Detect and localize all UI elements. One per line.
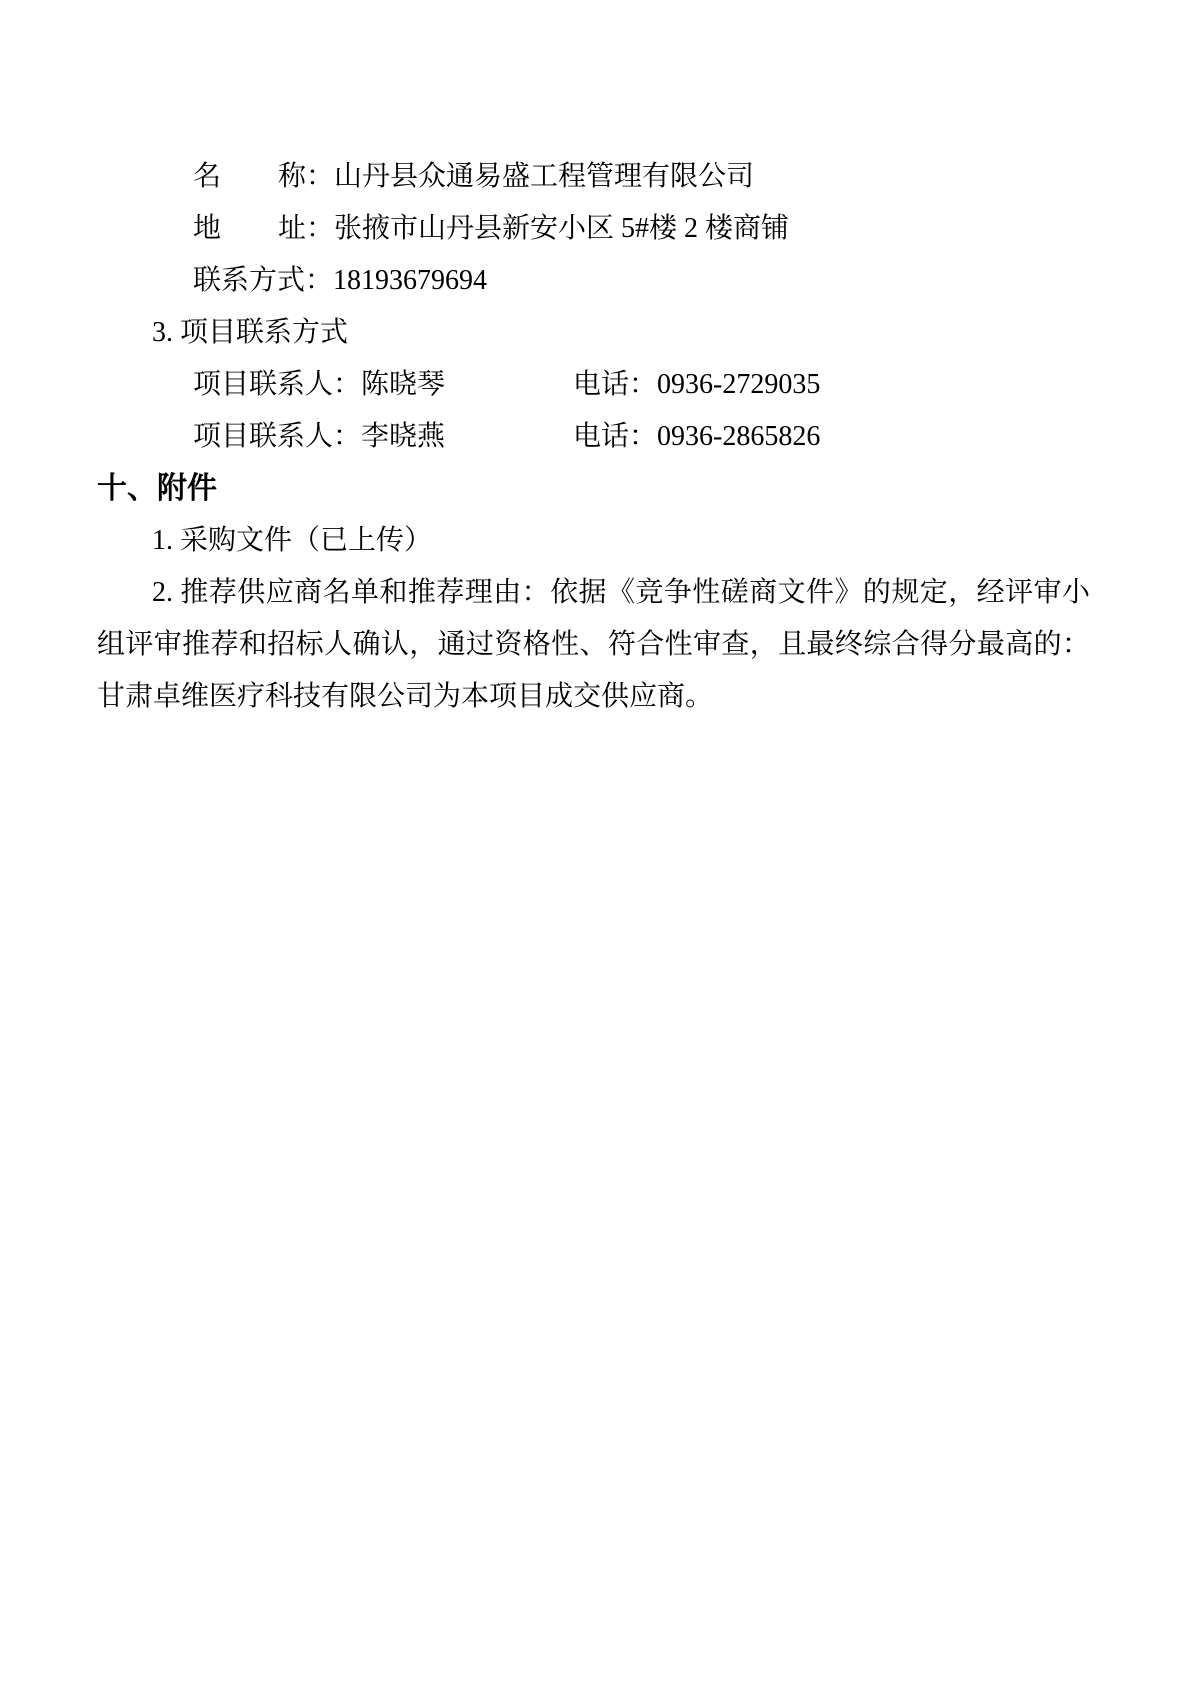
agency-address-line: 地址：张掖市山丹县新安小区 5#楼 2 楼商铺 bbox=[97, 203, 1090, 255]
contact-person-label: 项目联系人： bbox=[193, 421, 361, 452]
contact-row: 项目联系人：李晓燕 电话：0936-2865826 bbox=[97, 411, 1090, 463]
attachment-item-1-line: 1.采购文件（已上传） bbox=[97, 515, 1090, 567]
agency-contact-line: 联系方式：18193679694 bbox=[97, 255, 1090, 307]
attachment-item-1-text: 采购文件（已上传） bbox=[180, 525, 432, 556]
project-contact-item-title: 项目联系方式 bbox=[180, 317, 348, 348]
contact-row: 项目联系人：陈晓琴 电话：0936-2729035 bbox=[97, 359, 1090, 411]
agency-contact-label: 联系方式： bbox=[193, 265, 333, 296]
attachment-item-2-line-2: 组评审推荐和招标人确认，通过资格性、符合性审查，且最终综合得分最高的： bbox=[97, 619, 1090, 671]
contact-phone-label: 电话： bbox=[573, 369, 657, 400]
document-page: 名称：山丹县众通易盛工程管理有限公司 地址：张掖市山丹县新安小区 5#楼 2 楼… bbox=[0, 0, 1191, 1684]
agency-name-value: 山丹县众通易盛工程管理有限公司 bbox=[334, 161, 754, 192]
label-justify-spacer bbox=[221, 236, 278, 237]
agency-contact-value: 18193679694 bbox=[333, 265, 487, 296]
agency-name-label-second: 称： bbox=[278, 161, 334, 192]
contact-phone-number: 0936-2729035 bbox=[657, 369, 820, 400]
contact-phone-label: 电话： bbox=[573, 421, 657, 452]
document-body: 名称：山丹县众通易盛工程管理有限公司 地址：张掖市山丹县新安小区 5#楼 2 楼… bbox=[97, 151, 1090, 723]
contact-person-label: 项目联系人： bbox=[193, 369, 361, 400]
agency-address-label-first: 地 bbox=[193, 213, 221, 244]
contact-phone-block: 电话：0936-2729035 bbox=[573, 359, 820, 411]
agency-name-label-first: 名 bbox=[193, 161, 221, 192]
attachment-item-2-number: 2. bbox=[152, 567, 173, 619]
project-contact-heading-line: 3.项目联系方式 bbox=[97, 307, 1090, 359]
contact-phone-block: 电话：0936-2865826 bbox=[573, 411, 820, 463]
attachment-item-2-line-1: 2.推荐供应商名单和推荐理由：依据《竞争性磋商文件》的规定，经评审小 bbox=[97, 567, 1090, 619]
project-contact-item-number: 3. bbox=[152, 307, 173, 359]
contact-person-name: 李晓燕 bbox=[361, 421, 445, 452]
attachment-item-1-number: 1. bbox=[152, 515, 173, 567]
contact-phone-number: 0936-2865826 bbox=[657, 421, 820, 452]
agency-address-label-second: 址： bbox=[278, 213, 334, 244]
attachment-item-2-line-3: 甘肃卓维医疗科技有限公司为本项目成交供应商。 bbox=[97, 671, 1090, 723]
agency-name-line: 名称：山丹县众通易盛工程管理有限公司 bbox=[97, 151, 1090, 203]
attachment-item-2-text-1: 推荐供应商名单和推荐理由：依据《竞争性磋商文件》的规定，经评审小 bbox=[180, 577, 1090, 608]
label-justify-spacer bbox=[221, 184, 278, 185]
agency-address-value: 张掖市山丹县新安小区 5#楼 2 楼商铺 bbox=[334, 213, 789, 244]
contact-person-name: 陈晓琴 bbox=[361, 369, 445, 400]
attachments-section-heading: 十、附件 bbox=[97, 463, 1090, 515]
